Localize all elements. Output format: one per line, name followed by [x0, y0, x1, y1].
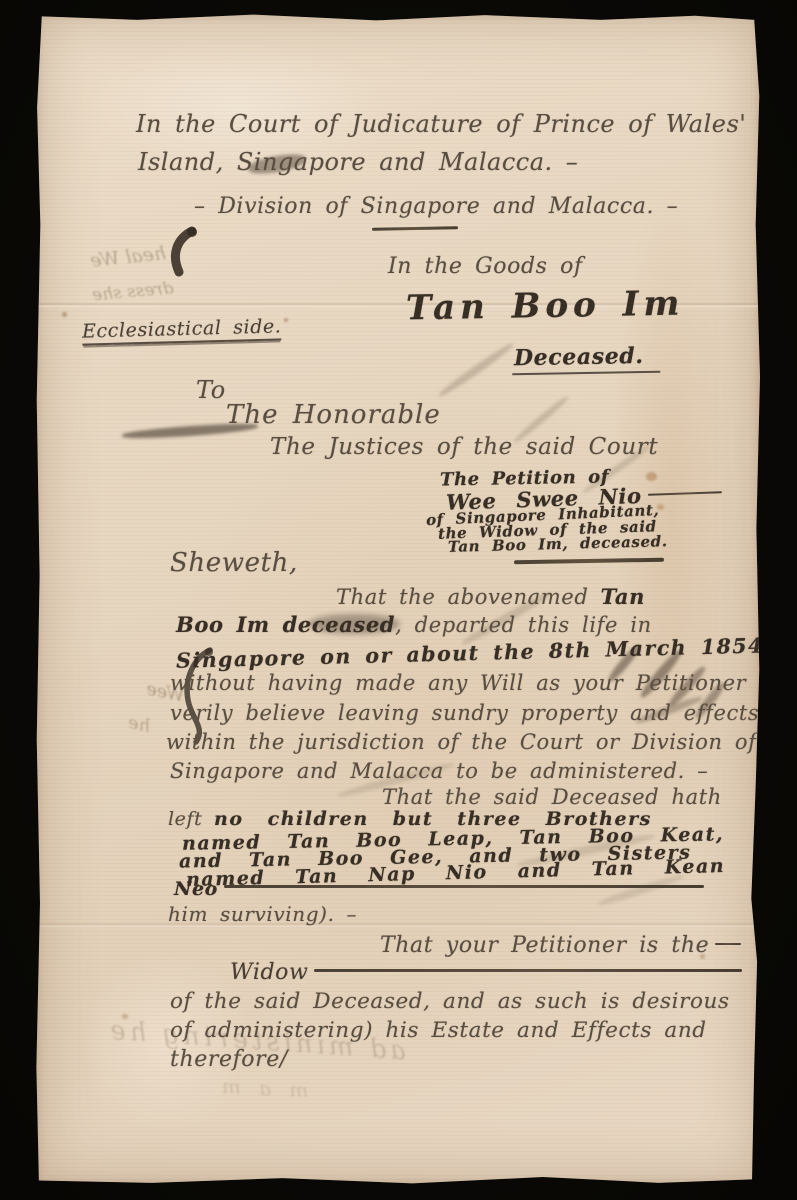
court-heading-line2: Island, Singapore and Malacca. –: [138, 148, 578, 176]
ecclesiastical-side-note: Ecclesiastical side.: [82, 315, 282, 342]
para1-line2: Boo Im deceased, departed this life in: [176, 612, 652, 637]
para1-line5: verily believe leaving sundry property a…: [170, 701, 759, 725]
para1-line1: That the abovenamed Tan: [336, 584, 645, 609]
address-to: To: [196, 376, 226, 404]
blank-rule: [715, 943, 741, 946]
deceased-label: Deceased.: [512, 343, 660, 372]
address-justices: The Justices of the said Court: [270, 434, 658, 460]
para2-line1: That the said Deceased hath: [382, 785, 722, 809]
bleedthrough-text: m a m: [215, 1074, 309, 1103]
deceased-name: Tan Boo Im: [406, 284, 685, 329]
blank-rule: [314, 969, 742, 972]
para2-line6: Neo: [174, 878, 704, 900]
para1-line6: within the jurisdiction of the Court or …: [166, 730, 757, 754]
para1-line7: Singapore and Malacca to be administered…: [170, 759, 708, 783]
fold-crease-lower: [36, 922, 760, 928]
petition-underline: [514, 558, 664, 565]
division-line: – Division of Singapore and Malacca. –: [194, 194, 678, 219]
para3-line2: Widow: [230, 960, 742, 985]
foxing-spot: [122, 1014, 128, 1019]
bleedthrough-text: he: [126, 712, 152, 737]
blank-rule: [647, 491, 721, 496]
petition-document: heal We dress she Wee he ad ministering …: [36, 14, 760, 1184]
photo-background: heal We dress she Wee he ad ministering …: [0, 0, 797, 1200]
ink-blot-crescent: [162, 226, 202, 278]
para3-line4: of administering) his Estate and Effects…: [170, 1018, 707, 1043]
foxing-spot: [284, 318, 288, 322]
blank-rule: [224, 885, 704, 889]
address-honorable: The Honorable: [226, 400, 441, 430]
para3-line3: of the said Deceased, and as such is des…: [170, 989, 730, 1014]
para3-line5: therefore/: [170, 1047, 288, 1072]
bleedthrough-text: heal We: [89, 242, 167, 272]
para2-line7: him surviving). –: [168, 902, 357, 926]
sheweth-label: Sheweth,: [170, 548, 298, 578]
division-underline: [372, 226, 458, 231]
para3-line1: That your Petitioner is the: [380, 933, 741, 958]
ink-smudge: [308, 614, 400, 634]
in-the-goods-of: In the Goods of: [388, 254, 583, 279]
foxing-spot: [646, 472, 657, 481]
bleedthrough-text: dress she: [91, 278, 174, 305]
para1-line4: without having made any Will as your Pet…: [170, 671, 746, 695]
bleed-slash: [437, 341, 515, 399]
foxing-spot: [62, 312, 67, 317]
court-heading-line1: In the Court of Judicature of Prince of …: [136, 110, 746, 138]
